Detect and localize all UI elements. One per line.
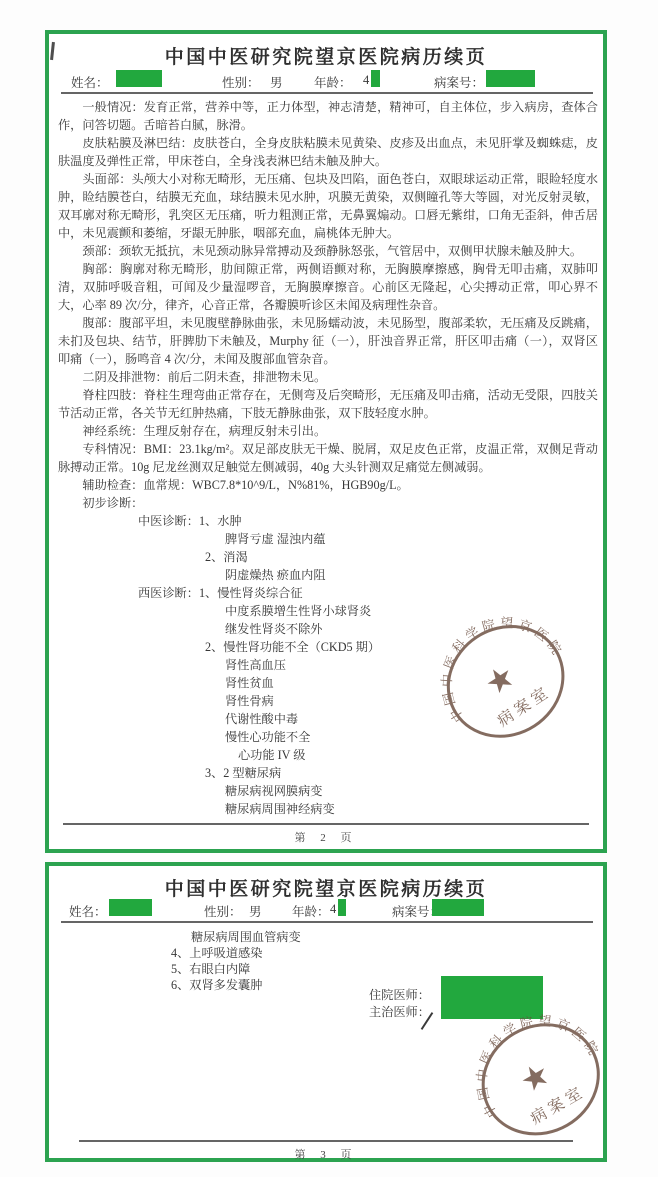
name-redaction-box xyxy=(116,70,162,87)
tcm-diagnosis-item-1: 1、水肿 xyxy=(199,514,242,528)
star-icon xyxy=(483,663,517,696)
sex-label: 性别： xyxy=(222,73,260,91)
paragraph-specialty: 专科情况：BMI：23.1kg/m²。双足部皮肤无干燥、脱屑，双足皮色正常，皮温… xyxy=(58,440,598,476)
footer-divider xyxy=(79,1140,573,1142)
header-divider xyxy=(61,921,593,923)
western-dx-item: 4、上呼吸道感染 xyxy=(171,944,262,961)
western-dx-item: 5、右眼白内障 xyxy=(171,960,250,977)
case-no-redaction-box xyxy=(432,899,484,916)
header-divider xyxy=(61,92,593,94)
sex-value: 男 xyxy=(249,902,262,920)
stamp-room-text: 病案室 xyxy=(527,1082,588,1128)
page-number: 第 3 页 xyxy=(49,1146,603,1162)
age-redaction-box xyxy=(371,70,380,87)
western-dx-sub: 糖尿病视网膜病变 xyxy=(58,782,598,800)
resident-physician-label: 住院医师： xyxy=(369,986,430,1003)
page-title: 中国中医研究院望京医院病历续页 xyxy=(49,874,603,901)
paragraph-general: 一般情况：发育正常，营养中等，正力体型，神志清楚，精神可，自主体位，步入病房，查… xyxy=(58,98,598,134)
age-label: 年龄： xyxy=(314,73,352,91)
sex-value: 男 xyxy=(270,73,283,91)
tcm-dx-item: 2、消渴 xyxy=(58,548,598,566)
case-no-redaction-box xyxy=(486,70,535,87)
sex-label: 性别： xyxy=(204,902,242,920)
record-page-2: 中国中医研究院望京医院病历续页 姓名： 性别： 男 年龄： 4 病案号： 一般情… xyxy=(45,30,607,853)
case-no-label: 病案号： xyxy=(434,73,484,91)
western-dx-item: 6、双肾多发囊肿 xyxy=(171,976,262,993)
footer-divider xyxy=(63,823,589,825)
age-label: 年龄： xyxy=(292,902,330,920)
paragraph-excreta: 二阴及排泄物：前后二阴未查，排泄物未见。 xyxy=(58,368,598,386)
attending-physician-label: 主治医师： xyxy=(369,1003,430,1020)
age-value: 4 xyxy=(330,902,336,917)
tcm-dx-sub: 脾肾亏虚 湿浊内蕴 xyxy=(58,530,598,548)
paragraph-aux-exam: 辅助检查：血常规：WBC7.8*10^9/L，N%81%，HGB90g/L。 xyxy=(58,476,598,494)
name-label: 姓名： xyxy=(71,73,109,91)
paragraph-preliminary-dx: 初步诊断： xyxy=(58,494,598,512)
paragraph-chest: 胸部：胸廓对称无畸形，肋间隙正常，两侧语颤对称，无胸膜摩擦感，胸骨无叩击痛，双肺… xyxy=(58,260,598,314)
paragraph-abdomen: 腹部：腹部平坦，未见腹壁静脉曲张，未见肠蠕动波，未见肠型，腹部柔软，无压痛及反跳… xyxy=(58,314,598,368)
western-dx-sub: 糖尿病周围血管病变 xyxy=(191,928,301,945)
page-title: 中国中医研究院望京医院病历续页 xyxy=(49,42,603,69)
age-value: 4 xyxy=(363,73,369,88)
western-diagnosis-item-1: 1、慢性肾炎综合征 xyxy=(199,586,303,600)
star-icon xyxy=(518,1060,551,1093)
paragraph-spine-limbs: 脊柱四肢：脊柱生理弯曲正常存在，无侧弯及后突畸形，无压痛及叩击痛，活动无受限，四… xyxy=(58,386,598,422)
scanned-medical-record: { "doc": { "stamp": { "ring_text": "中国中医… xyxy=(0,0,658,1177)
paragraph-skin: 皮肤粘膜及淋巴结：皮肤苍白，全身皮肤粘膜未见黄染、皮疹及出血点，未见肝掌及蜘蛛痣… xyxy=(58,134,598,170)
paragraph-neck: 颈部：颈软无抵抗，未见颈动脉异常搏动及颈静脉怒张，气管居中，双侧甲状腺未触及肿大… xyxy=(58,242,598,260)
age-redaction-box xyxy=(338,899,346,916)
tcm-diagnosis-label: 中医诊断： xyxy=(138,514,199,528)
page-number: 第 2 页 xyxy=(49,829,603,845)
tcm-dx-sub: 阴虚燥热 瘀血内阻 xyxy=(58,566,598,584)
western-dx-sub: 糖尿病周围神经病变 xyxy=(58,800,598,818)
name-redaction-box xyxy=(109,899,152,916)
paragraph-nervous: 神经系统：生理反射存在，病理反射未引出。 xyxy=(58,422,598,440)
stamp-room-text: 病案室 xyxy=(494,682,554,730)
western-diagnosis-label: 西医诊断： xyxy=(138,586,199,600)
western-dx-item: 3、2 型糖尿病 xyxy=(58,764,598,782)
paragraph-head-face: 头面部：头颅大小对称无畸形，无压痛、包块及凹陷，面色苍白，双眼球运动正常，眼睑轻… xyxy=(58,170,598,242)
name-label: 姓名： xyxy=(69,902,107,920)
record-page-3: 中国中医研究院望京医院病历续页 姓名： 性别： 男 年龄： 4 病案号： 糖尿病… xyxy=(45,862,607,1162)
tcm-diagnosis-line: 中医诊断：1、水肿 xyxy=(58,512,598,530)
